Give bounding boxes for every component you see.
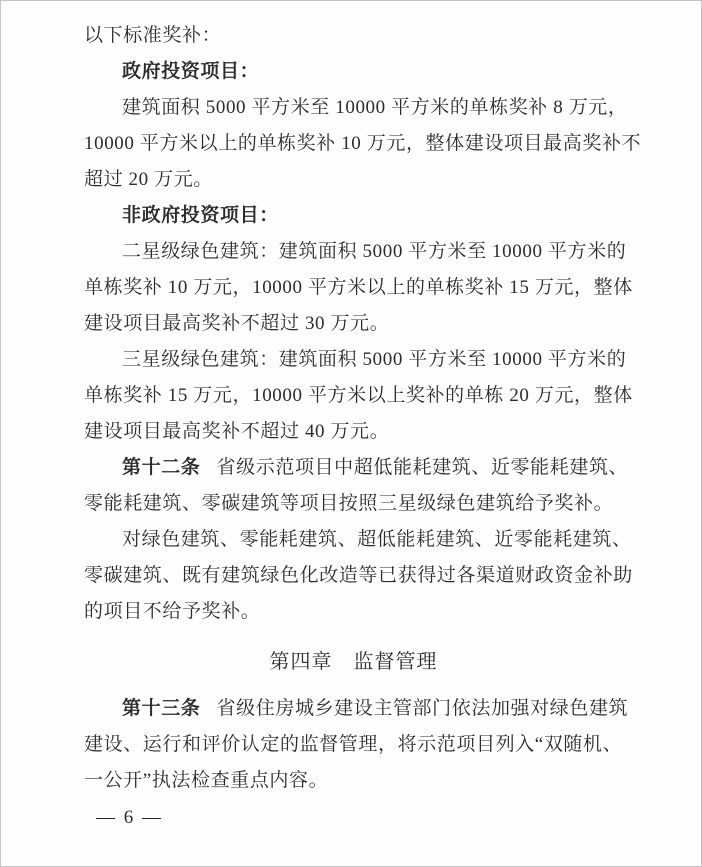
doc-line: 一公开”执法检查重点内容。 <box>84 763 623 799</box>
doc-line: 的项目不给予奖补。 <box>84 594 623 630</box>
doc-line: 零能耗建筑、零碳建筑等项目按照三星级绿色建筑给予奖补。 <box>84 486 623 522</box>
doc-subheading-government-projects: 政府投资项目： <box>84 54 623 90</box>
doc-line: 建设项目最高奖补不超过 30 万元。 <box>84 306 623 342</box>
article-12-number: 第十二条 <box>122 457 200 478</box>
page-number: — 6 — <box>96 805 623 831</box>
document-page: 以下标准奖补： 政府投资项目： 建筑面积 5000 平方米至 10000 平方米… <box>0 0 702 867</box>
doc-line: 二星级绿色建筑：建筑面积 5000 平方米至 10000 平方米的 <box>84 234 623 270</box>
doc-article-13-line: 第十三条省级住房城乡建设主管部门依法加强对绿色建筑 <box>84 691 623 727</box>
doc-line: 10000 平方米以上的单栋奖补 10 万元，整体建设项目最高奖补不 <box>84 126 623 162</box>
doc-line: 超过 20 万元。 <box>84 162 623 198</box>
doc-line: 零碳建筑、既有建筑绿色化改造等已获得过各渠道财政资金补助 <box>84 558 623 594</box>
doc-line: 建设项目最高奖补不超过 40 万元。 <box>84 414 623 450</box>
article-12-text: 省级示范项目中超低能耗建筑、近零能耗建筑、 <box>217 457 629 478</box>
doc-line: 对绿色建筑、零能耗建筑、超低能耗建筑、近零能耗建筑、 <box>84 522 623 558</box>
doc-line: 建筑面积 5000 平方米至 10000 平方米的单栋奖补 8 万元， <box>84 90 623 126</box>
article-13-text: 省级住房城乡建设主管部门依法加强对绿色建筑 <box>217 698 629 719</box>
document-text-block: 以下标准奖补： 政府投资项目： 建筑面积 5000 平方米至 10000 平方米… <box>84 18 623 831</box>
doc-line: 单栋奖补 15 万元，10000 平方米以上奖补的单栋 20 万元，整体 <box>84 378 623 414</box>
doc-article-12-line: 第十二条省级示范项目中超低能耗建筑、近零能耗建筑、 <box>84 450 623 486</box>
doc-line: 单栋奖补 10 万元，10000 平方米以上的单栋奖补 15 万元，整体 <box>84 270 623 306</box>
article-13-number: 第十三条 <box>122 698 200 719</box>
chapter-heading-4: 第四章 监督管理 <box>84 644 623 680</box>
doc-line: 三星级绿色建筑：建筑面积 5000 平方米至 10000 平方米的 <box>84 342 623 378</box>
doc-line: 以下标准奖补： <box>84 18 623 54</box>
doc-subheading-non-government-projects: 非政府投资项目： <box>84 198 623 234</box>
doc-line: 建设、运行和评价认定的监督管理，将示范项目列入“双随机、 <box>84 727 623 763</box>
